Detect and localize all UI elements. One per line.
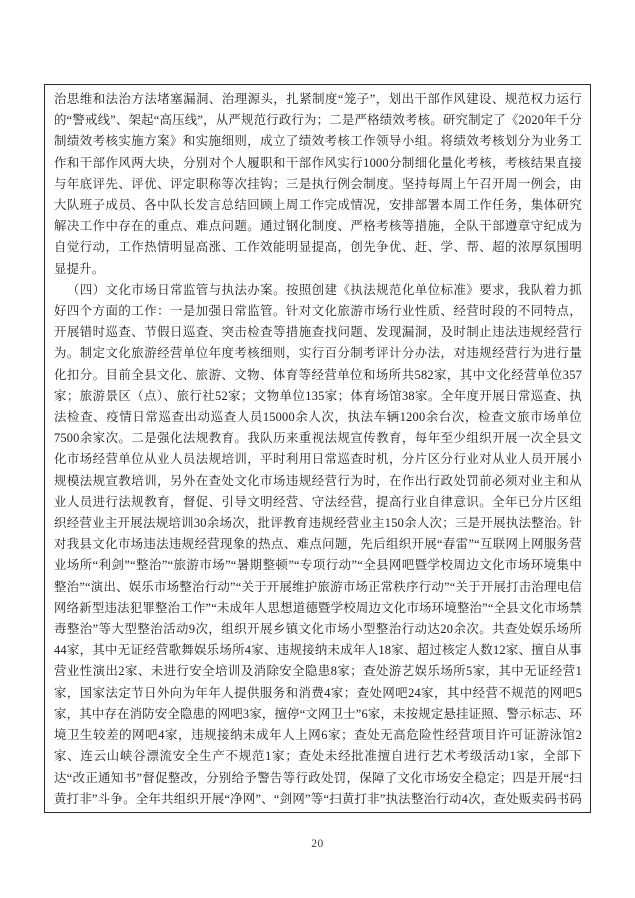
text-border-box: 治思维和法治方法堵塞漏洞、治理源头，扎紧制度“笼子”，划出干部作风建设、规范权力… <box>44 84 591 813</box>
paragraph-continuation: 治思维和法治方法堵塞漏洞、治理源头，扎紧制度“笼子”，划出干部作风建设、规范权力… <box>54 89 582 280</box>
document-page: 治思维和法治方法堵塞漏洞、治理源头，扎紧制度“笼子”，划出干部作风建设、规范权力… <box>0 0 635 898</box>
page-number: 20 <box>0 838 635 850</box>
paragraph-section-four: （四）文化市场日常监管与执法办案。按照创建《执法规范化单位标准》要求，我队着力抓… <box>54 280 582 813</box>
